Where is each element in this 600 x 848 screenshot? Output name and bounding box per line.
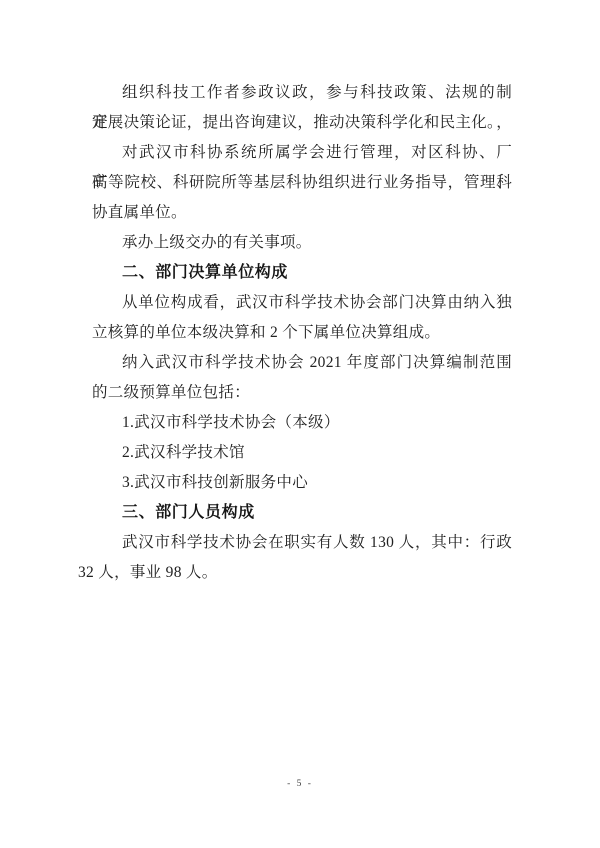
- paragraph-line: 从单位构成看，武汉市科学技术协会部门决算由纳入独: [92, 288, 512, 318]
- document-body: 组织科技工作者参政议政，参与科技政策、法规的制定， 开展决策论证，提出咨询建议，…: [92, 78, 512, 588]
- paragraph-line: 对武汉市科协系统所属学会进行管理，对区科协、厂矿、: [92, 138, 512, 168]
- paragraph-line: 高等院校、科研院所等基层科协组织进行业务指导，管理科: [92, 168, 512, 198]
- list-item-3: 3.武汉市科技创新服务中心: [92, 468, 512, 498]
- paragraph-line: 组织科技工作者参政议政，参与科技政策、法规的制定，: [92, 78, 512, 108]
- document-page: 组织科技工作者参政议政，参与科技政策、法规的制定， 开展决策论证，提出咨询建议，…: [0, 0, 600, 848]
- section-heading-3: 三、部门人员构成: [92, 498, 512, 528]
- paragraph-line: 协直属单位。: [92, 198, 512, 228]
- paragraph-line: 武汉市科学技术协会在职实有人数 130 人，其中：行政: [92, 528, 512, 558]
- page-number: - 5 -: [0, 779, 600, 789]
- list-item-1: 1.武汉市科学技术协会（本级）: [92, 408, 512, 438]
- paragraph-line: 承办上级交办的有关事项。: [92, 228, 512, 258]
- paragraph-line: 开展决策论证，提出咨询建议，推动决策科学化和民主化。: [92, 108, 512, 138]
- section-heading-2: 二、部门决算单位构成: [92, 258, 512, 288]
- paragraph-line: 的二级预算单位包括：: [92, 378, 512, 408]
- list-item-2: 2.武汉科学技术馆: [92, 438, 512, 468]
- paragraph-line: 立核算的单位本级决算和 2 个下属单位决算组成。: [92, 318, 512, 348]
- paragraph-line: 32 人，事业 98 人。: [78, 558, 512, 588]
- paragraph-line: 纳入武汉市科学技术协会 2021 年度部门决算编制范围: [92, 348, 512, 378]
